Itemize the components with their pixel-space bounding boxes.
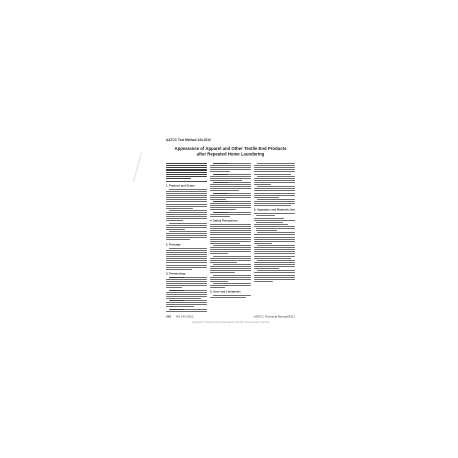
column-left: 1. Purpose and Scope2. Principle3. Termi… (166, 163, 207, 313)
section-heading-text: 2. Principle (166, 243, 207, 246)
text-paragraph (254, 218, 295, 219)
footer-manual-ref: AATCC Technical Manual/2011 (225, 315, 295, 318)
text-paragraph (210, 201, 251, 210)
text-paragraph (210, 224, 251, 244)
text-paragraph (210, 212, 251, 217)
document-header: AATCC Test Method 143-2010 (166, 138, 295, 142)
copyright-line: Copyright © 2010 American Association of… (165, 321, 296, 325)
text-paragraph (254, 232, 295, 244)
test-method-number: AATCC Test Method 143-2010 (166, 138, 295, 142)
text-paragraph (166, 277, 207, 289)
document-page: AATCC Test Method 143-2010 Appearance of… (165, 136, 296, 328)
section-heading-text: 3. Terminology (166, 272, 207, 275)
text-paragraph (166, 210, 207, 222)
section-heading: 5. Uses and Limitations (210, 290, 251, 293)
text-paragraph (166, 300, 207, 307)
section-heading-text: 6. Apparatus and Materials (see 12.1) (254, 208, 295, 211)
text-paragraph (254, 199, 295, 206)
column-right: 6. Apparatus and Materials (see 12.1) (254, 163, 295, 313)
section-heading-text: 5. Uses and Limitations (210, 290, 251, 293)
text-paragraph (254, 176, 295, 185)
text-paragraph (254, 163, 295, 175)
section-heading-text: 4. Safety Precautions (210, 219, 251, 222)
text-paragraph (254, 260, 295, 269)
text-paragraph (210, 163, 251, 172)
section-heading: 6. Apparatus and Materials (see 12.1) (254, 208, 295, 211)
text-paragraph (210, 182, 251, 191)
page-number: 246 (166, 315, 171, 318)
text-paragraph (210, 256, 251, 263)
text-paragraph (210, 275, 251, 282)
history-paragraph (166, 163, 207, 179)
text-paragraph (254, 224, 295, 225)
text-paragraph (166, 248, 207, 270)
text-paragraph (254, 226, 295, 231)
text-paragraph (210, 193, 251, 200)
title-line-2: after Repeated Home Laundering (165, 151, 296, 156)
footer-method-ref: TM 143-2010 (176, 315, 194, 318)
column-center: 4. Safety Precautions5. Uses and Limitat… (210, 163, 251, 313)
text-paragraph (166, 189, 207, 209)
section-heading: 4. Safety Precautions (210, 219, 251, 222)
text-paragraph (210, 283, 251, 288)
text-paragraph (210, 264, 251, 273)
text-paragraph (254, 270, 295, 282)
text-paragraph (254, 220, 295, 223)
section-heading: 3. Terminology (166, 272, 207, 275)
scan-crease-artifact (132, 152, 141, 182)
section-heading: 2. Principle (166, 243, 207, 246)
text-paragraph (166, 231, 207, 240)
scanned-document-canvas: { "page": { "header": "AATCC Test Method… (0, 0, 458, 458)
text-paragraph (254, 186, 295, 198)
text-paragraph (210, 295, 251, 298)
document-title: Appearance of Apparel and Other Textile … (165, 146, 296, 158)
section-heading: 1. Purpose and Scope (166, 184, 207, 187)
text-paragraph (166, 309, 207, 313)
text-paragraph (210, 245, 251, 254)
text-paragraph (254, 245, 295, 259)
text-paragraph (166, 223, 207, 230)
body-columns: 1. Purpose and Scope2. Principle3. Termi… (166, 163, 295, 313)
divider-rule (166, 181, 207, 182)
page-footer: 246 TM 143-2010 AATCC Technical Manual/2… (166, 315, 295, 320)
text-paragraph (254, 213, 295, 216)
section-heading-text: 1. Purpose and Scope (166, 184, 207, 187)
text-paragraph (210, 174, 251, 181)
text-paragraph (166, 290, 207, 299)
